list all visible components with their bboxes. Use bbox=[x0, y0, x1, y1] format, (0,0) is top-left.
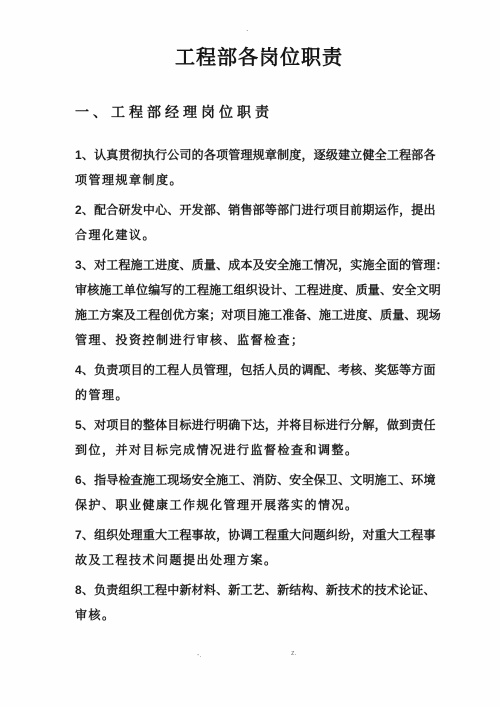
responsibility-item: 6、指导检查施工现场安全施工、消防、安全保卫、文明施工、环境保护、职业健康工作规… bbox=[75, 468, 435, 518]
text-line: 的管理。 bbox=[75, 383, 435, 408]
text-line: 管理、投资控制进行审核、监督检查； bbox=[75, 328, 435, 353]
text-line: 项管理规章制度。 bbox=[75, 168, 435, 193]
responsibilities-list: 1、认真贯彻执行公司的各项管理规章制度，逐级建立健全工程部各项管理规章制度。2、… bbox=[75, 143, 435, 633]
text-line: 2、配合研发中心、开发部、销售部等部门进行项目前期运作，提出 bbox=[75, 198, 435, 223]
text-line: 到位，并对目标完成情况进行监督检查和调整。 bbox=[75, 438, 435, 463]
text-line: 合理化建议。 bbox=[75, 223, 435, 248]
section-heading: 一、工程部经理岗位职责 bbox=[75, 102, 273, 122]
top-speck-mark: . bbox=[246, 24, 249, 33]
text-line: 7、组织处理重大工程事故，协调工程重大问题纠纷，对重大工程事 bbox=[75, 523, 435, 548]
bottom-speck-mark-right: z. bbox=[291, 650, 296, 657]
responsibility-item: 7、组织处理重大工程事故，协调工程重大问题纠纷，对重大工程事故及工程技术问题提出… bbox=[75, 523, 435, 573]
text-line: 审核施工单位编写的工程施工组织设计、工程进度、质量、安全文明 bbox=[75, 278, 435, 303]
document-title: 工程部各岗位职责 bbox=[9, 44, 500, 72]
text-line: 6、指导检查施工现场安全施工、消防、安全保卫、文明施工、环境 bbox=[75, 468, 435, 493]
text-line: 1、认真贯彻执行公司的各项管理规章制度，逐级建立健全工程部各 bbox=[75, 143, 435, 168]
text-line: 审核。 bbox=[75, 603, 435, 628]
responsibility-item: 2、配合研发中心、开发部、销售部等部门进行项目前期运作，提出合理化建议。 bbox=[75, 198, 435, 248]
text-line: 5、对项目的整体目标进行明确下达，并将目标进行分解，做到责任 bbox=[75, 413, 435, 438]
responsibility-item: 4、负责项目的工程人员管理，包括人员的调配、考核、奖惩等方面的管理。 bbox=[75, 358, 435, 408]
responsibility-item: 8、负责组织工程中新材料、新工艺、新结构、新技术的技术论证、审核。 bbox=[75, 578, 435, 628]
responsibility-item: 3、对工程施工进度、质量、成本及安全施工情况，实施全面的管理：审核施工单位编写的… bbox=[75, 253, 435, 353]
text-line: 施工方案及工程创优方案；对项目施工准备、施工进度、质量、现场 bbox=[75, 303, 435, 328]
text-line: 3、对工程施工进度、质量、成本及安全施工情况，实施全面的管理： bbox=[75, 253, 435, 278]
text-line: 故及工程技术问题提出处理方案。 bbox=[75, 548, 435, 573]
document-page: . 工程部各岗位职责 一、工程部经理岗位职责 1、认真贯彻执行公司的各项管理规章… bbox=[0, 0, 500, 707]
text-line: 8、负责组织工程中新材料、新工艺、新结构、新技术的技术论证、 bbox=[75, 578, 435, 603]
responsibility-item: 1、认真贯彻执行公司的各项管理规章制度，逐级建立健全工程部各项管理规章制度。 bbox=[75, 143, 435, 193]
text-line: 保护、职业健康工作规化管理开展落实的情况。 bbox=[75, 493, 435, 518]
text-line: 4、负责项目的工程人员管理，包括人员的调配、考核、奖惩等方面 bbox=[75, 358, 435, 383]
bottom-speck-mark-left: -. bbox=[197, 652, 201, 659]
responsibility-item: 5、对项目的整体目标进行明确下达，并将目标进行分解，做到责任到位，并对目标完成情… bbox=[75, 413, 435, 463]
